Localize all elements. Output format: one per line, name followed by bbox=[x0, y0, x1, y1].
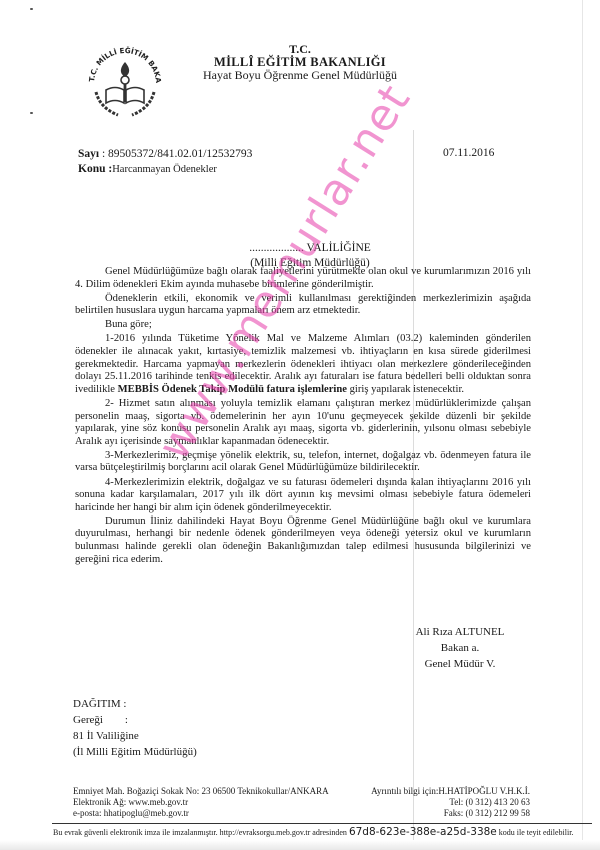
svg-text:T.C. MİLLİ EĞİTİM BAKANLIĞI: T.C. MİLLİ EĞİTİM BAKANLIĞI bbox=[84, 40, 163, 84]
footer-address: Emniyet Mah. Boğaziçi Sokak No: 23 06500… bbox=[73, 786, 329, 797]
subject-row: Konu :Harcanmayan Ödenekler bbox=[78, 162, 252, 177]
document-page: T.C. MİLLİ EĞİTİM BAKANLIĞI T.C. MİLLÎ E… bbox=[0, 0, 600, 850]
konu-label: Konu : bbox=[78, 163, 112, 175]
paragraph-closing: Durumun İliniz dahilindeki Hayat Boyu Öğ… bbox=[75, 516, 531, 566]
paragraph-intro: Genel Müdürlüğümüze bağlı olarak faaliye… bbox=[75, 266, 531, 291]
footer-divider bbox=[52, 823, 592, 824]
footer-web: Elektronik Ağ: www.meb.gov.tr bbox=[73, 797, 329, 808]
letterhead: T.C. MİLLÎ EĞİTİM BAKANLIĞI Hayat Boyu Ö… bbox=[200, 43, 400, 82]
addressee-line1: ................... VALİLİĞİNE bbox=[150, 241, 470, 256]
esignature-note: Bu evrak güvenli elektronik imza ile imz… bbox=[53, 826, 598, 838]
paragraph-item-3: 3-Merkezlerimiz, geçmişe yönelik elektri… bbox=[75, 450, 531, 475]
reference-number-row: Sayı : 89505372/841.02.01/12532793 bbox=[78, 147, 252, 162]
ministry-logo-icon: T.C. MİLLİ EĞİTİM BAKANLIĞI bbox=[84, 40, 166, 122]
letterhead-department: Hayat Boyu Öğrenme Genel Müdürlüğü bbox=[200, 69, 400, 82]
scan-speck bbox=[30, 112, 33, 114]
footer-tel: Tel: (0 312) 413 20 63 bbox=[360, 797, 530, 808]
signatory-name: Ali Rıza ALTUNEL bbox=[395, 624, 525, 640]
footer-fax: Faks: (0 312) 212 99 58 bbox=[360, 808, 530, 819]
distribution-heading: DAĞITIM : bbox=[73, 696, 197, 712]
distribution-block: DAĞITIM : Gereği : 81 İl Valiliğine (İl … bbox=[73, 696, 197, 760]
document-meta: Sayı : 89505372/841.02.01/12532793 Konu … bbox=[78, 147, 252, 177]
signature-block: Ali Rıza ALTUNEL Bakan a. Genel Müdür V. bbox=[395, 624, 525, 672]
sayi-label: Sayı bbox=[78, 148, 99, 160]
distribution-recipient-sub: (İl Milli Eğitim Müdürlüğü) bbox=[73, 744, 197, 760]
scan-edge-line bbox=[582, 0, 583, 850]
signatory-authority: Bakan a. bbox=[395, 640, 525, 656]
item-1-text-end: giriş yapılarak istenecektir. bbox=[347, 384, 464, 395]
item-1-bold: MEBBİS Ödenek Takip Modülü fatura işleml… bbox=[118, 384, 347, 395]
distribution-recipient: 81 İl Valiliğine bbox=[73, 728, 197, 744]
paragraph-item-2: 2- Hizmet satın alınması yoluyla temizli… bbox=[75, 398, 531, 448]
letter-body: Genel Müdürlüğümüze bağlı olarak faaliye… bbox=[75, 266, 531, 568]
esign-code: 67d8-623e-388e-a25d-338e bbox=[349, 826, 497, 838]
scan-speck bbox=[30, 8, 33, 10]
document-date: 07.11.2016 bbox=[443, 147, 494, 159]
distribution-gereği: Gereği : bbox=[73, 712, 197, 728]
esign-suffix: kodu ile teyit edilebilir. bbox=[497, 828, 574, 837]
paragraph-item-1: 1-2016 yılında Tüketime Yönelik Mal ve M… bbox=[75, 333, 531, 396]
scan-bottom-edge bbox=[0, 840, 600, 850]
konu-value: Harcanmayan Ödenekler bbox=[112, 164, 217, 175]
footer-contact: Emniyet Mah. Boğaziçi Sokak No: 23 06500… bbox=[73, 786, 329, 819]
footer-info: Ayrıntılı bilgi için:H.HATİPOĞLU V.H.K.İ… bbox=[360, 786, 530, 819]
paragraph-item-4: 4-Merkezlerimizin elektrik, doğalgaz ve … bbox=[75, 477, 531, 515]
signatory-title: Genel Müdür V. bbox=[395, 656, 525, 672]
footer-email: e-posta: hhatipoglu@meb.gov.tr bbox=[73, 808, 329, 819]
esign-prefix: Bu evrak güvenli elektronik imza ile imz… bbox=[53, 828, 349, 837]
sayi-value: : 89505372/841.02.01/12532793 bbox=[102, 148, 252, 160]
paragraph-efficiency: Ödeneklerin etkili, ekonomik ve verimli … bbox=[75, 293, 531, 318]
paragraph-accordingly: Buna göre; bbox=[75, 319, 531, 332]
footer-info-contact: Ayrıntılı bilgi için:H.HATİPOĞLU V.H.K.İ… bbox=[360, 786, 530, 797]
